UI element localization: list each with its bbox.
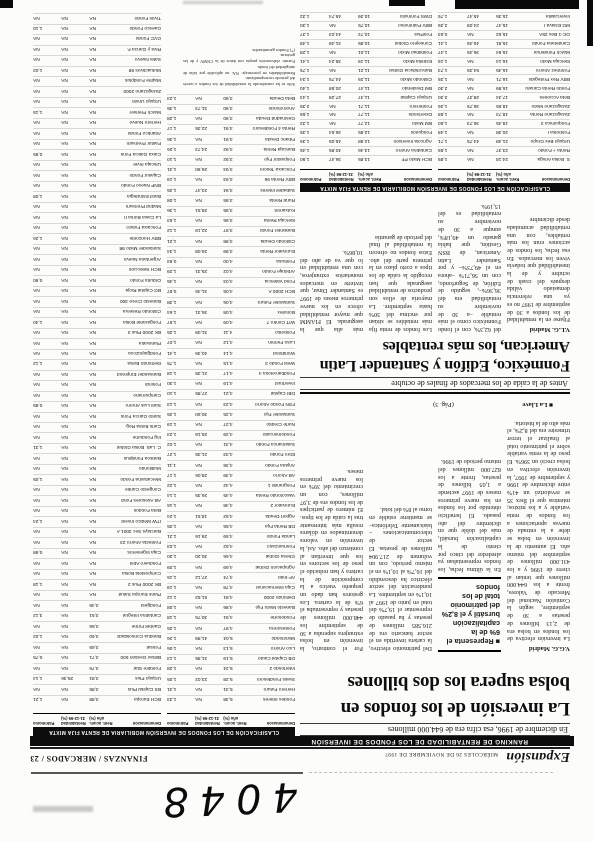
table-row: Santander Fijo4,2530,601,25 xyxy=(167,409,295,415)
fund-value: NA xyxy=(89,465,117,470)
fund-value: NA xyxy=(89,339,117,344)
fund-value: 12,77 xyxy=(358,120,387,125)
fund-value: NA xyxy=(33,528,61,533)
fund-name: Citifondo Mixto xyxy=(387,75,432,80)
fund-value: NA xyxy=(89,192,117,197)
right-table-headers: Denominación Rent. acum.año (%) Rentabil… xyxy=(33,712,295,725)
fund-value: 3,94 xyxy=(223,186,251,191)
fund-name: Sabadell Interés xyxy=(251,186,295,191)
fund-value: NA xyxy=(61,664,89,669)
right-table-header-group1: Denominación Rent. acum.año (%) Rentabil… xyxy=(167,713,295,725)
fund-name: AB Ahorro xyxy=(251,471,295,476)
fund-value: NA xyxy=(89,360,117,365)
fund-value: 5,04 xyxy=(223,634,251,639)
fund-value: NA xyxy=(467,31,496,36)
fund-value: NA xyxy=(61,318,89,323)
table-row: Renta + Fondo23,37NA1,55 xyxy=(438,146,570,152)
fund-value: 1,16 xyxy=(167,502,195,507)
fund-value: 4,39 xyxy=(223,471,251,476)
fund-name: Gaesco Fondo xyxy=(117,25,161,30)
table-row: Ibercaja Mixto16,14NA1,15 xyxy=(438,57,570,63)
fund-value: NA xyxy=(61,56,89,61)
table-row: Tívoli FondoNANANA xyxy=(33,13,161,19)
fund-value: 21,35 xyxy=(195,451,223,456)
fund-value: 1,58 xyxy=(438,111,467,116)
scan-smudge xyxy=(455,0,579,9)
fund-value: 5,31 xyxy=(223,685,251,690)
fund-value: 1,90 xyxy=(300,156,329,161)
fund-value: NA xyxy=(33,486,61,491)
fund-name: Fond Valencia xyxy=(251,278,295,283)
fund-value: 4,03 xyxy=(223,278,251,283)
fund-value: NA xyxy=(89,245,117,250)
fund-value: 4,08 xyxy=(223,308,251,313)
fund-value: 2,30 xyxy=(438,93,467,98)
fund-value: 1,26 xyxy=(167,634,195,639)
fund-value: 0,95 xyxy=(33,150,61,155)
fund-name: Zaragozano 2000 xyxy=(117,88,161,93)
fund-value: 30,76 xyxy=(195,614,223,619)
fund-value: NA xyxy=(61,486,89,491)
fund-value: 4,52 xyxy=(223,512,251,517)
fund-name: Beta Deuda xyxy=(251,95,295,100)
fund-value: NA xyxy=(89,129,117,134)
fund-value: NA xyxy=(61,381,89,386)
fund-name: Banesto Crece 300 xyxy=(117,297,161,302)
table-row: Citifondo Mixto11,2944,751,34 xyxy=(300,74,432,80)
newspaper-sheet: 4048 ExpansiónMIÉRCOLES 26 DE NOVIEMBRE … xyxy=(0,0,593,842)
fund-value: 22,19 xyxy=(195,227,223,232)
table-row: Fonbilbao Mixto11,01NA1,28 xyxy=(300,48,432,54)
handwritten-number: 4048 xyxy=(57,773,299,829)
fund-value: 4,91 xyxy=(223,614,251,619)
fund-name: DB Renta Fija xyxy=(251,522,295,527)
table-row: Agrupación Global4,69NA1,09 xyxy=(167,562,295,568)
fund-value: NA xyxy=(89,56,117,61)
fund-value: 44,03 xyxy=(329,31,358,36)
table-row: DB Renta Fija4,55NA1,05 xyxy=(167,521,295,527)
fund-value: 1,40 xyxy=(33,318,61,323)
fund-value: NA xyxy=(89,329,117,334)
fund-name: Rural Renta xyxy=(251,196,295,201)
table-row: Urquijo Plus3,8125,361,14 xyxy=(33,674,161,680)
fund-value: NA xyxy=(61,67,89,72)
fund-value: NA xyxy=(33,255,61,260)
table-row: BM Dividendo11,4720,581,40 xyxy=(300,83,432,89)
fund-value: 17,34 xyxy=(496,93,525,98)
fund-value: NA xyxy=(61,507,89,512)
fund-value: NA xyxy=(195,461,223,466)
bottom-table-headers: Denominación Rent. acum.año (%) Rentabil… xyxy=(300,168,570,181)
fund-value: NA xyxy=(61,203,89,208)
fund-value: 3,90 xyxy=(223,105,251,110)
fund-value: 54,35 xyxy=(467,67,496,72)
fund-value: NA xyxy=(89,371,117,376)
fund-value: 1,13 xyxy=(167,400,195,405)
fund-value: NA xyxy=(61,129,89,134)
fund-value: 1,47 xyxy=(438,49,467,54)
table-row: GVC FondoNANANA xyxy=(33,34,161,40)
fund-value: NA xyxy=(195,217,223,222)
table-row: Fonfínez Ahorro16,4554,351,73 xyxy=(438,66,570,72)
fund-value: NA xyxy=(61,171,89,176)
table-row: Compostela BolsaNANANA xyxy=(33,569,161,575)
table-row: DB Capital Cauto5,1931,851,13 xyxy=(167,654,295,660)
fund-name: Pastor Premium xyxy=(117,140,161,145)
fund-value: 11,01 xyxy=(358,49,387,54)
table-row: Fond Valencia4,03NA1,45 xyxy=(167,277,295,283)
table-row: Fontibre Star3,76NANA xyxy=(33,663,161,669)
fund-value: NA xyxy=(33,601,61,606)
table-row: Madrid PremiumNANANA xyxy=(33,202,161,208)
fund-name: Caja Internacional xyxy=(251,584,295,589)
fund-value: 1,28 xyxy=(167,665,195,670)
fund-value: 3,99 xyxy=(223,247,251,252)
fund-value: NA xyxy=(61,685,89,690)
table-row: Bilbao Gestión 5003,71NA0,75 xyxy=(33,653,161,659)
fund-value: 16,14 xyxy=(496,58,525,63)
fund-value: 15,35 xyxy=(496,13,525,18)
fund-value: NA xyxy=(89,496,117,501)
fund-value: 3,51 xyxy=(89,612,117,617)
table-row: Caja IngenierosNANA0,98 xyxy=(33,548,161,554)
fund-name: Urquijo Plus xyxy=(117,675,161,680)
table-row: Fonferrero11,71NA2,35 xyxy=(300,101,432,107)
fund-value: 0,57 xyxy=(167,288,195,293)
fund-value: NA xyxy=(61,14,89,19)
fund-value: 1,48 xyxy=(300,40,329,45)
table-row: Landa Fondo4,5929,161,21 xyxy=(167,532,295,538)
fund-value: 4,42 xyxy=(223,482,251,487)
table-row: Banesto Crece 300NANANA xyxy=(33,296,161,302)
fund-value: 1,64 xyxy=(167,308,195,313)
fund-value: 4,02 xyxy=(223,268,251,273)
table-row: FondguipúzcoaNANANA xyxy=(33,349,161,355)
fund-value: NA xyxy=(61,496,89,501)
fund-name: Anjana Fondo xyxy=(251,461,295,466)
fund-value: 4,86 xyxy=(223,604,251,609)
table-row: Cantabria Integral3,51NA3,12 xyxy=(33,611,161,617)
fund-value: NA xyxy=(195,584,223,589)
fund-value: NA xyxy=(61,475,89,480)
fund-value: NA xyxy=(467,111,496,116)
table-row: Riva y García F.NANANA xyxy=(33,45,161,51)
fund-value: 1,21 xyxy=(167,533,195,538)
fund-value: 4,81 xyxy=(223,594,251,599)
fund-value: 1,37 xyxy=(300,31,329,36)
fund-name: Santander Futuro xyxy=(251,298,295,303)
table-row: Fonduero AbrilNANANA xyxy=(33,558,161,564)
fund-value: NA xyxy=(61,413,89,418)
fund-name: MG Eslava I xyxy=(525,22,570,27)
fund-value: 1,30 xyxy=(300,22,329,27)
fund-name: Madrid Premium xyxy=(117,203,161,208)
fund-value: NA xyxy=(61,276,89,281)
fund-value: NA xyxy=(33,350,61,355)
fund-value: 1,36 xyxy=(167,135,195,140)
fund-value: NA xyxy=(195,319,223,324)
fund-value: 40,85 xyxy=(329,147,358,152)
fund-value: 4,29 xyxy=(223,431,251,436)
fund-value: NA xyxy=(61,402,89,407)
fund-name: Renta 4 Fondtesoro xyxy=(251,125,295,130)
fund-name: Estrella Mixto xyxy=(387,58,432,63)
fund-value: 23,02 xyxy=(195,675,223,680)
fund-value: 1,15 xyxy=(438,58,467,63)
table-row: Bansander EmprendeNANANA xyxy=(33,370,161,376)
table-row: S. Bolsa Amiga24,18NA1,85 xyxy=(438,155,570,161)
fund-value: 21,48 xyxy=(496,138,525,143)
table-row: Santander Mixto 98NANANA xyxy=(33,244,161,250)
fund-value: NA xyxy=(61,192,89,197)
table-row: Herrero NuevoNANANA xyxy=(33,118,161,124)
right-table-header-group2: Denominación Rent. acum.año (%) Rentabil… xyxy=(33,713,161,725)
fund-value: 1,45 xyxy=(167,278,195,283)
fund-value: NA xyxy=(33,224,61,229)
table-row: BBV Rex Protegido16,71NA1,35 xyxy=(438,74,570,80)
table-row: Urquijo Capital11,4727,281,43 xyxy=(300,92,432,98)
fund-value: NA xyxy=(89,402,117,407)
fund-name: Agport Deuda xyxy=(251,512,295,517)
article1-body: V.G.G. Madrid La inversión efectiva de l… xyxy=(300,412,570,652)
fund-value: 1,18 xyxy=(167,614,195,619)
fund-value: NA xyxy=(33,423,61,428)
fund-value: 1,32 xyxy=(300,120,329,125)
table-row: Mapfre FondplusNANANA xyxy=(33,76,161,82)
fund-value: 3,93 xyxy=(223,176,251,181)
fund-value: 31,48 xyxy=(329,40,358,45)
fund-value: 1,35 xyxy=(300,129,329,134)
column-header-denominacion: Denominación xyxy=(525,171,570,181)
fund-value: 25,31 xyxy=(195,268,223,273)
table-row: AF-Indo4,7427,121,15 xyxy=(167,572,295,578)
fund-value: NA xyxy=(33,591,61,596)
table-row: Carls Bolsa Reg.NANANA xyxy=(33,422,161,428)
fund-value: 18,55 xyxy=(496,102,525,107)
article2-headline: Fonméxico, Edifón y Santander Latin Amer… xyxy=(300,337,570,375)
fund-value: 1,23 xyxy=(167,431,195,436)
fund-value: NA xyxy=(61,528,89,533)
fund-value: 21,35 xyxy=(195,370,223,375)
fund-value: 11,47 xyxy=(358,93,387,98)
fund-value: 36,45 xyxy=(467,49,496,54)
fund-value: NA xyxy=(329,67,358,72)
article1-col1-text: La inversión efectiva de los fondos en b… xyxy=(507,420,570,643)
table-row: FonPlus10,7244,031,37 xyxy=(300,30,432,36)
table-row: Herrero Futuro5,31NA1,31 xyxy=(167,684,295,690)
fund-value: NA xyxy=(467,156,496,161)
fund-value: 2,30 xyxy=(438,84,467,89)
table-row: Argentaria NuevoNANANA xyxy=(33,254,161,260)
fund-value: NA xyxy=(61,308,89,313)
fund-value: 1,26 xyxy=(167,145,195,150)
fund-value: 3,97 xyxy=(223,227,251,232)
table-row: Fondo Renta Canarias16,89NA2,30 xyxy=(438,83,570,89)
table-row: Fonpastor Fijo3,92NA1,10 xyxy=(167,155,295,161)
fund-value: NA xyxy=(61,77,89,82)
fund-name: Santander Fijo xyxy=(251,410,295,415)
article-divider-rule xyxy=(300,392,570,394)
fund-value: NA xyxy=(33,119,61,124)
fund-value: 4,48 xyxy=(223,502,251,507)
table-row: Sant Luis AhorroNANA0,85 xyxy=(33,401,161,407)
fund-value: 1,27 xyxy=(167,451,195,456)
fund-value: 0,63 xyxy=(438,31,467,36)
fund-value: 1,75 xyxy=(438,13,467,18)
table-row: Beta FondosNANANA xyxy=(33,506,161,512)
fund-value: 28,37 xyxy=(467,93,496,98)
fund-value: 1,26 xyxy=(33,234,61,239)
fund-value: 1,36 xyxy=(167,207,195,212)
fund-value: NA xyxy=(89,423,117,428)
fund-name: Cantabria Integral xyxy=(117,612,161,617)
fund-value: NA xyxy=(33,98,61,103)
fund-value: NA xyxy=(89,392,117,397)
fund-value: NA xyxy=(61,423,89,428)
fund-value: 20,38 xyxy=(496,129,525,134)
fund-name: WIT Centro 7 xyxy=(251,319,295,324)
table-row: Anjana Fondo4,36NA1,11 xyxy=(167,460,295,466)
fund-name: Cajasur Fondo xyxy=(117,171,161,176)
fund-value: NA xyxy=(89,88,117,93)
fund-value: 1,41 xyxy=(167,349,195,354)
fund-value: 1,08 xyxy=(167,196,195,201)
table-row: BCH 2000 A4,0531,450,57 xyxy=(167,287,295,293)
fund-value: 15,94 xyxy=(496,49,525,54)
fund-name: Fonindi xyxy=(117,381,161,386)
fund-value: 0,90 xyxy=(33,276,61,281)
fund-value: NA xyxy=(61,591,89,596)
fund-value: NA xyxy=(89,444,117,449)
masthead-section: FINANZAS / MERCADOS / 23 xyxy=(30,754,148,763)
fund-name: Fonduero Abril xyxy=(117,559,161,564)
fund-value: 1,05 xyxy=(33,475,61,480)
fund-value: 4,36 xyxy=(223,461,251,466)
fund-value: NA xyxy=(33,622,61,627)
table-row: Fonmanzano4,62NA1,03 xyxy=(167,542,295,548)
fund-value: 4,17 xyxy=(223,370,251,375)
fund-value: 1,12 xyxy=(167,227,195,232)
fund-value: 31,45 xyxy=(195,288,223,293)
table-row: Congesto CaribeNANANA xyxy=(33,485,161,491)
fund-value: NA xyxy=(33,570,61,575)
fund-name: Iberfondo Bolsa xyxy=(117,360,161,365)
table-row: FonindiNANANA xyxy=(33,380,161,386)
column-header-denominacion: Denominación xyxy=(387,171,432,181)
fund-value: 22,35 xyxy=(195,125,223,130)
fund-value: 1,53 xyxy=(167,217,195,222)
table-row: Bancaja Renta3,9224,731,26 xyxy=(167,144,295,150)
fund-value: 16,89 xyxy=(496,84,525,89)
fund-value: 1,13 xyxy=(167,655,195,660)
table-row: Cantabria Ahorro13,4640,851,45 xyxy=(300,146,432,152)
fund-name: Bancofiducia Global xyxy=(387,67,432,72)
fund-value: NA xyxy=(61,538,89,543)
fund-value: 3,98 xyxy=(223,237,251,242)
fund-name: Worldfond xyxy=(251,349,295,354)
fund-value: 1,19 xyxy=(167,421,195,426)
fund-value: NA xyxy=(89,108,117,113)
fund-value: 31,85 xyxy=(195,655,223,660)
fund-value: NA xyxy=(61,465,89,470)
fund-value: 1,25 xyxy=(167,410,195,415)
fund-name: West Fondo 3 xyxy=(251,359,295,364)
fund-name: La Caixa Borsa II xyxy=(117,213,161,218)
fund-value: NA xyxy=(195,237,223,242)
fund-value: 1,03 xyxy=(167,543,195,548)
fund-value: NA xyxy=(61,433,89,438)
table-row: Ebro Fondo4,3321,351,27 xyxy=(167,450,295,456)
fund-value: 4,97 xyxy=(223,624,251,629)
fund-value: 18,73 xyxy=(496,111,525,116)
fund-value: NA xyxy=(33,245,61,250)
fund-name: Ibercaja Mixto xyxy=(525,58,570,63)
fund-value: 44,75 xyxy=(467,138,496,143)
fund-value: 4,31 xyxy=(223,441,251,446)
fund-value: 1,19 xyxy=(167,584,195,589)
fund-value: NA xyxy=(33,496,61,501)
table-row: Lico Ahorro5,13NA1,06 xyxy=(167,644,295,650)
fund-name: BK 2000 Plus 3 xyxy=(117,329,161,334)
fund-name: Carls Bolsa Reg. xyxy=(117,423,161,428)
table-row: March Fondemar15,9436,451,47 xyxy=(438,48,570,54)
fund-value: 30,20 xyxy=(195,553,223,558)
table-row: MultifondoNANANA xyxy=(33,464,161,470)
fund-name: Plans Europa Salud xyxy=(117,591,161,596)
fund-value: NA xyxy=(33,433,61,438)
table-row: Ahorrofondo3,9031,731,35 xyxy=(167,104,295,110)
fund-value: 4,23 xyxy=(223,400,251,405)
fund-name: Ghesa Global xyxy=(251,553,295,558)
fund-value: NA xyxy=(89,150,117,155)
fund-value: 1,05 xyxy=(167,522,195,527)
fund-value: 16,71 xyxy=(496,75,525,80)
fund-value: 1,73 xyxy=(438,67,467,72)
fund-value: NA xyxy=(89,203,117,208)
fund-value: NA xyxy=(195,522,223,527)
table-row: MG Eslava I15,4724,082,35 xyxy=(438,21,570,27)
fund-value: 36,47 xyxy=(329,156,358,161)
fund-value: 1,02 xyxy=(33,67,61,72)
fund-value: NA xyxy=(61,150,89,155)
fund-name: Mixtofondo xyxy=(251,634,295,639)
table-row: DBI Capital4,2127,851,10 xyxy=(167,389,295,395)
fund-name: Atlántico Fondo xyxy=(117,129,161,134)
fund-value: 4,74 xyxy=(223,573,251,578)
fund-value: 1,11 xyxy=(167,461,195,466)
table-row: Mercabarna FondoNANA1,05 xyxy=(33,474,161,480)
fund-value: 2,35 xyxy=(300,102,329,107)
scan-smudge-light xyxy=(183,1,263,4)
table-row: WIT Centro 74,09NA1,57 xyxy=(167,318,295,324)
fund-value: 1,75 xyxy=(167,359,195,364)
fund-value: 51,52 xyxy=(195,594,223,599)
scan-smudge-light xyxy=(33,806,93,812)
fund-value: NA xyxy=(61,517,89,522)
fund-value: 0,85 xyxy=(33,402,61,407)
column-header-rentabilidad: Rentabilidad31-12-96 (%) xyxy=(467,171,496,181)
table-row: BNP Nuevo FondoNANANA xyxy=(33,181,161,187)
fund-value: NA xyxy=(195,258,223,263)
article1-column-1: V.G.G. Madrid La inversión efectiva de l… xyxy=(507,412,570,652)
fund-value: 4,25 xyxy=(223,410,251,415)
handwriting-underline xyxy=(31,772,303,774)
fund-name: Fondbarcelona 4 xyxy=(251,370,295,375)
table-row: CampurrianoNANANA xyxy=(33,391,161,397)
table-row: Barclays Sec 3001 ANANANA xyxy=(33,527,161,533)
fund-value: 12,85 xyxy=(358,129,387,134)
fund-value: 13,85 xyxy=(358,156,387,161)
